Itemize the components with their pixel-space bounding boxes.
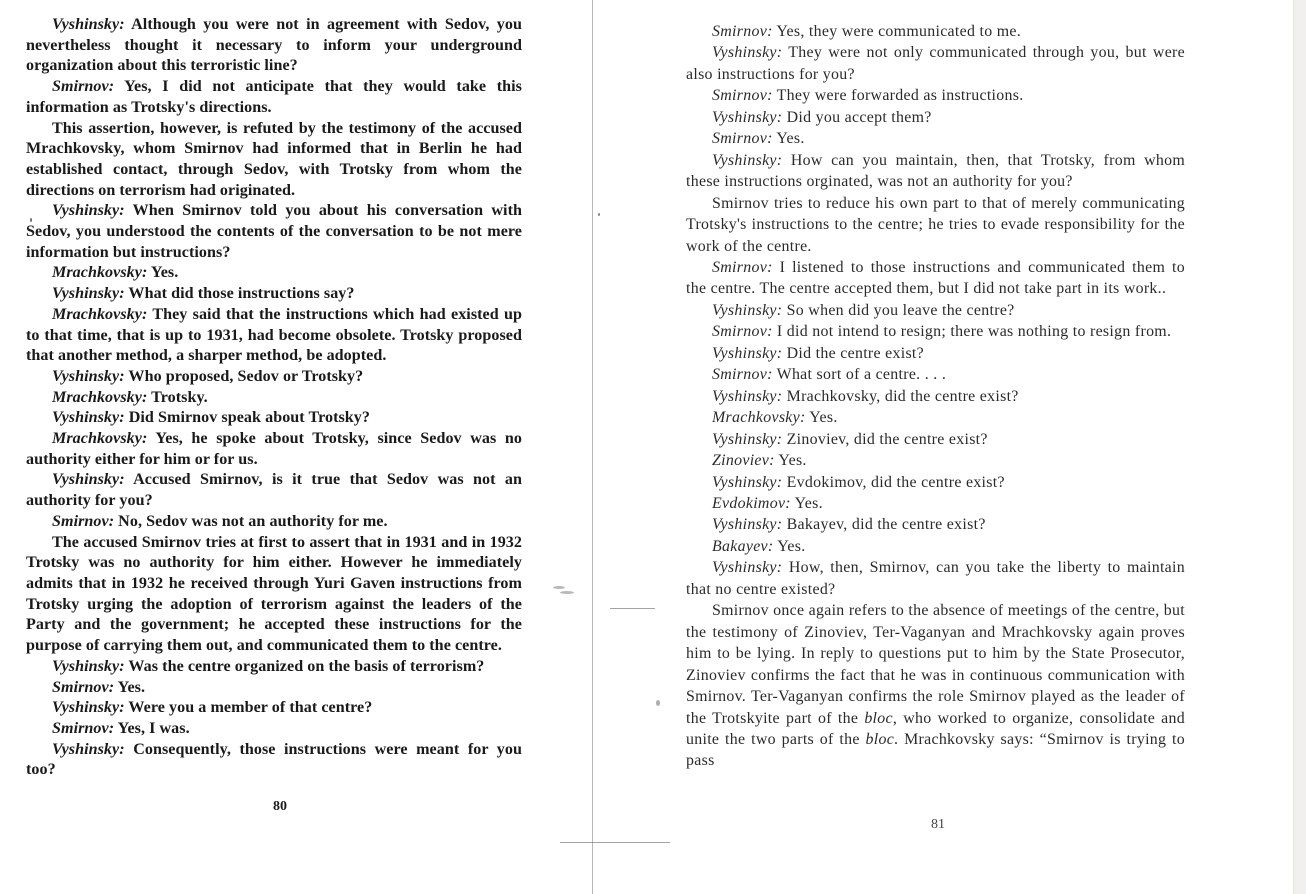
- speaker-label: Vyshinsky:: [52, 741, 125, 758]
- paragraph: Vyshinsky: Mrachkovsky, did the centre e…: [686, 386, 1185, 407]
- paragraph-text: Were you a member of that centre?: [125, 699, 373, 716]
- speaker-label: Vyshinsky:: [712, 474, 782, 491]
- paragraph-text: Mrachkovsky, did the centre exist?: [782, 388, 1018, 405]
- page-number: 81: [931, 817, 945, 833]
- speaker-label: Smirnov:: [52, 78, 114, 95]
- speaker-label: Vyshinsky:: [52, 658, 125, 675]
- paragraph: Vyshinsky: Zinoviev, did the centre exis…: [686, 429, 1185, 450]
- paragraph-text: What sort of a centre. . . .: [773, 366, 946, 383]
- paragraph-text: What did those instructions say?: [125, 285, 355, 302]
- paragraph: Evdokimov: Yes.: [686, 493, 1185, 514]
- paragraph: Vyshinsky: Did Smirnov speak about Trots…: [26, 408, 522, 429]
- speaker-label: Vyshinsky:: [712, 559, 782, 576]
- paragraph: Vyshinsky: Although you were not in agre…: [26, 15, 522, 77]
- paragraph: Vyshinsky: Did the centre exist?: [686, 343, 1185, 364]
- paragraph-text: Yes.: [147, 264, 178, 281]
- paragraph-text: Smirnov once again refers to the absence…: [686, 602, 1185, 726]
- scan-artifact: [560, 842, 670, 843]
- scan-artifact: [560, 591, 574, 594]
- paragraph-text: Yes.: [114, 679, 145, 696]
- speaker-label: Smirnov:: [712, 87, 773, 104]
- speaker-label: Evdokimov:: [712, 495, 791, 512]
- paragraph: Vyshinsky: Consequently, those instructi…: [26, 740, 522, 781]
- right-page-body: Smirnov: Yes, they were communicated to …: [686, 21, 1185, 772]
- speaker-label: Mrachkovsky:: [712, 409, 806, 426]
- speaker-label: Mrachkovsky:: [52, 264, 147, 281]
- paragraph-text: Did you accept them?: [782, 109, 931, 126]
- gutter-divider: [592, 0, 593, 894]
- speaker-label: Vyshinsky:: [52, 699, 125, 716]
- left-page-body: Vyshinsky: Although you were not in agre…: [26, 15, 522, 781]
- speaker-label: Smirnov:: [712, 366, 773, 383]
- speaker-label: Vyshinsky:: [52, 202, 125, 219]
- speaker-label: Vyshinsky:: [52, 409, 125, 426]
- speaker-label: Zinoviev:: [712, 452, 775, 469]
- paragraph: Smirnov: Yes, I was.: [26, 719, 522, 740]
- speaker-label: Smirnov:: [712, 130, 773, 147]
- speaker-label: Vyshinsky:: [52, 285, 125, 302]
- paragraph-text: Yes.: [791, 495, 823, 512]
- scan-artifact: [553, 586, 565, 589]
- paragraph-text: The accused Smirnov tries at first to as…: [26, 534, 522, 655]
- paragraph: Smirnov: Yes.: [26, 678, 522, 699]
- paragraph: Smirnov: Yes, they were communicated to …: [686, 21, 1185, 42]
- paragraph: Smirnov: Yes.: [686, 128, 1185, 149]
- paragraph-text: I did not intend to resign; there was no…: [773, 323, 1172, 340]
- paragraph: Mrachkovsky: Yes, he spoke about Trotsky…: [26, 429, 522, 470]
- paragraph: Vyshinsky: They were not only communicat…: [686, 42, 1185, 85]
- speaker-label: Vyshinsky:: [52, 368, 125, 385]
- paragraph-text: Yes, they were communicated to me.: [773, 23, 1021, 40]
- paragraph-text: Zinoviev, did the centre exist?: [782, 431, 987, 448]
- book-spread: Vyshinsky: Although you were not in agre…: [0, 0, 1293, 894]
- paragraph: Vyshinsky: How can you maintain, then, t…: [686, 150, 1185, 193]
- paragraph: Smirnov: No, Sedov was not an authority …: [26, 512, 522, 533]
- speaker-label: Vyshinsky:: [712, 44, 782, 61]
- narrative-paragraph: The accused Smirnov tries at first to as…: [26, 533, 522, 657]
- paragraph: Smirnov: I listened to those instruction…: [686, 257, 1185, 300]
- speaker-label: Smirnov:: [712, 259, 773, 276]
- speaker-label: Vyshinsky:: [52, 16, 125, 33]
- paragraph-text: No, Sedov was not an authority for me.: [114, 513, 387, 530]
- paragraph: Mrachkovsky: Yes.: [686, 407, 1185, 428]
- paragraph-text: Did Smirnov speak about Trotsky?: [125, 409, 370, 426]
- paragraph-text: Yes.: [774, 538, 806, 555]
- paragraph-text: Was the centre organized on the basis of…: [125, 658, 485, 675]
- paragraph: Mrachkovsky: Yes.: [26, 263, 522, 284]
- paragraph-text: Yes.: [773, 130, 805, 147]
- paragraph: Vyshinsky: Accused Smirnov, is it true t…: [26, 470, 522, 511]
- speaker-label: Mrachkovsky:: [52, 389, 147, 406]
- narrative-paragraph: Smirnov tries to reduce his own part to …: [686, 193, 1185, 257]
- scan-artifact: [30, 218, 32, 222]
- paragraph-text: Yes.: [806, 409, 838, 426]
- italic-term: bloc: [865, 731, 894, 748]
- paragraph: Vyshinsky: Bakayev, did the centre exist…: [686, 514, 1185, 535]
- paragraph: Mrachkovsky: They said that the instruct…: [26, 305, 522, 367]
- speaker-label: Vyshinsky:: [712, 302, 782, 319]
- paragraph: Smirnov: Yes, I did not anticipate that …: [26, 77, 522, 118]
- speaker-label: Vyshinsky:: [712, 516, 782, 533]
- paragraph: Vyshinsky: Evdokimov, did the centre exi…: [686, 472, 1185, 493]
- speaker-label: Vyshinsky:: [712, 388, 782, 405]
- paragraph: Vyshinsky: What did those instructions s…: [26, 284, 522, 305]
- paragraph: Vyshinsky: When Smirnov told you about h…: [26, 201, 522, 263]
- italic-term: bloc: [864, 710, 893, 727]
- paragraph: Vyshinsky: Did you accept them?: [686, 107, 1185, 128]
- paragraph-text: Evdokimov, did the centre exist?: [782, 474, 1004, 491]
- paragraph: Smirnov: I did not intend to resign; the…: [686, 321, 1185, 342]
- paragraph-text: So when did you leave the centre?: [782, 302, 1014, 319]
- paragraph-text: Smirnov tries to reduce his own part to …: [686, 195, 1185, 255]
- paragraph-text: This assertion, however, is refuted by t…: [26, 120, 522, 199]
- speaker-label: Smirnov:: [52, 679, 114, 696]
- speaker-label: Smirnov:: [52, 720, 114, 737]
- narrative-paragraph: This assertion, however, is refuted by t…: [26, 119, 522, 202]
- speaker-label: Smirnov:: [712, 323, 773, 340]
- paragraph-text: Yes.: [775, 452, 807, 469]
- paragraph: Vyshinsky: Was the centre organized on t…: [26, 657, 522, 678]
- speaker-label: Bakayev:: [712, 538, 774, 555]
- speaker-label: Vyshinsky:: [712, 109, 782, 126]
- paragraph: Vyshinsky: Who proposed, Sedov or Trotsk…: [26, 367, 522, 388]
- speaker-label: Mrachkovsky:: [52, 306, 147, 323]
- paragraph: Vyshinsky: How, then, Smirnov, can you t…: [686, 557, 1185, 600]
- paragraph: Zinoviev: Yes.: [686, 450, 1185, 471]
- paragraph: Bakayev: Yes.: [686, 536, 1185, 557]
- paragraph: Smirnov: They were forwarded as instruct…: [686, 85, 1185, 106]
- paragraph-text: They were forwarded as instructions.: [773, 87, 1024, 104]
- paragraph: Vyshinsky: Were you a member of that cen…: [26, 698, 522, 719]
- speaker-label: Smirnov:: [712, 23, 773, 40]
- paragraph: Mrachkovsky: Trotsky.: [26, 388, 522, 409]
- speaker-label: Mrachkovsky:: [52, 430, 147, 447]
- scan-artifact: [610, 608, 655, 609]
- speaker-label: Smirnov:: [52, 513, 114, 530]
- paragraph-text: Yes, I was.: [114, 720, 190, 737]
- paragraph-text: Did the centre exist?: [782, 345, 924, 362]
- scan-artifact: [656, 700, 660, 706]
- page-number: 80: [273, 799, 287, 815]
- paragraph-text: Bakayev, did the centre exist?: [782, 516, 985, 533]
- scan-artifact: [598, 213, 600, 216]
- speaker-label: Vyshinsky:: [712, 152, 782, 169]
- speaker-label: Vyshinsky:: [712, 345, 782, 362]
- narrative-paragraph: Smirnov once again refers to the absence…: [686, 600, 1185, 772]
- speaker-label: Vyshinsky:: [712, 431, 782, 448]
- paragraph: Smirnov: What sort of a centre. . . .: [686, 364, 1185, 385]
- paragraph-text: Who proposed, Sedov or Trotsky?: [125, 368, 364, 385]
- paragraph: Vyshinsky: So when did you leave the cen…: [686, 300, 1185, 321]
- paragraph-text: Trotsky.: [147, 389, 207, 406]
- viewer-edge: [1293, 0, 1306, 894]
- speaker-label: Vyshinsky:: [52, 471, 125, 488]
